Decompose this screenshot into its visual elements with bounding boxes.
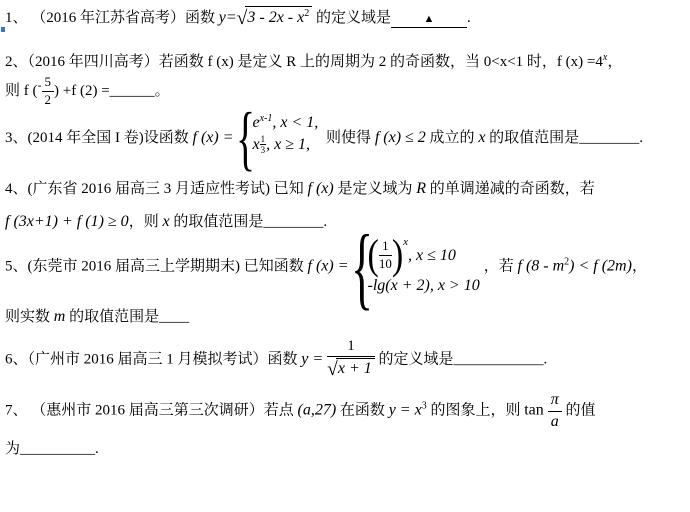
- q4-set-R: R: [416, 180, 426, 197]
- q4-var-x: x: [162, 213, 169, 230]
- q4-function: f (x): [308, 180, 334, 197]
- q7-point: (a,27): [298, 402, 337, 419]
- q1-text-post: 的定义域是: [312, 10, 391, 26]
- q4-text-mid1: 是定义域为: [334, 181, 417, 197]
- q5-function-def: f (x) =: [308, 257, 349, 274]
- q6-text-post: 的定义域是: [375, 351, 454, 367]
- q5-row1-fraction: 110: [379, 239, 392, 272]
- question-3: 3、(2014 年全国 I 卷)设函数 f (x) ={ex-1, x < 1,…: [5, 114, 684, 163]
- q4-answer-blank: ________: [263, 214, 323, 230]
- q1-square-root: √3 - 2x - x2: [237, 6, 313, 30]
- q5-text-mid: ，若: [484, 258, 518, 274]
- cursor-artifact-mark: [1, 27, 5, 32]
- q3-inequality: f (x) ≤ 2: [375, 129, 426, 146]
- question-7-line-2: 为__________.: [5, 437, 684, 458]
- q5-row2-expression: -lg(x + 2), x > 10: [368, 277, 480, 295]
- q6-period: .: [544, 351, 548, 367]
- q5-text-pre: 5、(东莞市 2016 届高三上学期期末) 已知函数: [5, 258, 308, 274]
- q3-text-pre: 3、(2014 年全国 I 卷)设函数: [5, 130, 193, 146]
- question-6: 6、（广州市 2016 届高三 1 月模拟考试）函数 y = 1√x + 1 的…: [5, 338, 684, 382]
- q5-row1-denominator: 10: [379, 256, 392, 272]
- q6-radicand: x + 1: [336, 358, 375, 378]
- q1-text-pre: 1、 （2016 年江苏省高考）函数: [5, 10, 219, 26]
- q3-piecewise-row-2: x13, x ≥ 1,: [253, 136, 319, 163]
- q7-text-mid: 在函数: [336, 403, 389, 419]
- q3-text-mid2: 成立的: [426, 130, 479, 146]
- q2-text-line2-pre: 则 f (: [5, 83, 38, 99]
- q5-piecewise-row-2: -lg(x + 2), x > 10: [368, 277, 480, 295]
- q3-piecewise-row-1: ex-1, x < 1,: [253, 114, 319, 132]
- q6-function-var: y =: [301, 350, 327, 367]
- q3-period: .: [639, 130, 643, 146]
- left-paren-icon: (: [368, 234, 379, 277]
- q6-answer-blank: ____________: [454, 351, 544, 367]
- math-worksheet: 1、 （2016 年江苏省高考）函数 y=√3 - 2x - x2 的定义域是▲…: [0, 0, 690, 458]
- q5-text-line2-pre: 则实数: [5, 309, 54, 325]
- q7-text-post: 的图象上，则: [427, 403, 525, 419]
- q6-numerator: 1: [327, 338, 375, 357]
- q2-fraction: 52: [42, 75, 55, 108]
- q7-equation: y = x: [389, 402, 422, 419]
- q2-line1-comma: ，: [607, 54, 622, 70]
- question-4-line-1: 4、(广东省 2016 届高三 3 月适应性考试) 已知 f (x) 是定义域为…: [5, 177, 684, 198]
- q2-fraction-numerator: 5: [42, 75, 55, 92]
- q3-piecewise-function: {ex-1, x < 1,x13, x ≥ 1,: [238, 114, 319, 163]
- q2-text-line2-mid: ) +f (2) =: [54, 83, 110, 99]
- q1-radicand-expr: 3 - 2x - x: [247, 9, 304, 26]
- q3-row2-condition: , x ≥ 1,: [266, 136, 310, 154]
- question-1: 1、 （2016 年江苏省高考）函数 y=√3 - 2x - x2 的定义域是▲…: [5, 6, 684, 30]
- q7-pi-numerator: π: [548, 391, 562, 411]
- q7-text-pre: 7、 （惠州市 2016 届高三第三次调研）若点: [5, 403, 298, 419]
- q3-text-mid1: 则使得: [322, 130, 375, 146]
- q5-piecewise-row-1: (110)x, x ≤ 10: [368, 239, 480, 273]
- q3-row2-exponent-fraction: 13: [260, 135, 267, 156]
- question-5-line-1: 5、(东莞市 2016 届高三上学期期末) 已知函数 f (x) ={(110)…: [5, 239, 684, 295]
- q5-row1-exponent: x: [403, 236, 408, 248]
- q5-piecewise-function: {(110)x, x ≤ 10-lg(x + 2), x > 10: [353, 239, 480, 295]
- q3-row1-exponent: x-1: [260, 113, 273, 124]
- question-2-line-1: 2、（2016 年四川高考）若函数 f (x) 是定义 R 上的周期为 2 的奇…: [5, 50, 684, 71]
- q2-text-line1: 2、（2016 年四川高考）若函数 f (x) 是定义 R 上的周期为 2 的奇…: [5, 54, 603, 70]
- q1-radicand-exponent: 2: [304, 8, 309, 19]
- q1-period: .: [467, 10, 471, 26]
- q6-text-pre: 6、（广州市 2016 届高三 1 月模拟考试）函数: [5, 351, 301, 367]
- q1-radicand: 3 - 2x - x2: [245, 6, 312, 27]
- q7-tan-operator: tan: [524, 402, 548, 419]
- q7-a-denominator: a: [548, 412, 562, 431]
- q4-text-mid2: 的单调递减的奇函数，若: [426, 181, 595, 197]
- q3-piecewise-rows: ex-1, x < 1,x13, x ≥ 1,: [253, 114, 319, 163]
- q4-text-pre: 4、(广东省 2016 届高三 3 月适应性考试) 已知: [5, 181, 308, 197]
- q5-line1-comma: ，: [632, 258, 647, 274]
- q4-inequality: f (3x+1) + f (1) ≥ 0: [5, 213, 129, 230]
- question-5-line-2: 则实数 m 的取值范围是____: [5, 305, 684, 326]
- q1-answer-blank: ▲: [391, 12, 467, 28]
- brace-icon: {: [236, 102, 255, 174]
- q6-denominator: √x + 1: [327, 357, 375, 381]
- right-paren-icon: ): [392, 234, 403, 277]
- question-2-line-2: 则 f (-52) +f (2) =______。: [5, 75, 684, 108]
- q7-text-post2: 的值: [562, 403, 596, 419]
- q7-fraction: πa: [548, 391, 562, 431]
- q7-answer-blank: __________: [20, 441, 95, 457]
- q3-row1-condition: , x < 1,: [272, 114, 318, 132]
- q5-piecewise-rows: (110)x, x ≤ 10-lg(x + 2), x > 10: [368, 239, 480, 295]
- q2-period: 。: [155, 83, 170, 99]
- q2-answer-blank: ______: [110, 83, 155, 99]
- q3-text-post: 的取值范围是: [485, 130, 579, 146]
- q4-text-line2-post: 的取值范围是: [170, 214, 264, 230]
- q3-function-def: f (x) =: [193, 129, 234, 146]
- q5-text-line2-post: 的取值范围是: [65, 309, 159, 325]
- q5-row1-condition: , x ≤ 10: [408, 247, 456, 265]
- q5-row1-numerator: 1: [379, 239, 392, 256]
- q3-row2-exp-denominator: 3: [260, 145, 267, 155]
- q1-function-var: y=: [219, 9, 237, 26]
- q7-text-line2-pre: 为: [5, 441, 20, 457]
- q5-inequality-right: ) < f (2m): [569, 257, 632, 274]
- question-4-line-2: f (3x+1) + f (1) ≥ 0，则 x 的取值范围是________.: [5, 210, 684, 231]
- q3-row2-exp-numerator: 1: [260, 135, 267, 145]
- q4-text-line2-mid: ，则: [129, 214, 163, 230]
- q6-fraction: 1√x + 1: [327, 338, 375, 382]
- q5-inequality-left: f (8 - m: [518, 257, 565, 274]
- q5-answer-blank: ____: [159, 309, 189, 325]
- q6-square-root: √x + 1: [327, 358, 375, 381]
- q2-fraction-denominator: 2: [42, 92, 55, 108]
- q7-period: .: [95, 441, 99, 457]
- q4-period: .: [323, 214, 327, 230]
- question-7-line-1: 7、 （惠州市 2016 届高三第三次调研）若点 (a,27) 在函数 y = …: [5, 391, 684, 431]
- q5-var-m: m: [54, 308, 66, 325]
- q3-answer-blank: ________: [579, 130, 639, 146]
